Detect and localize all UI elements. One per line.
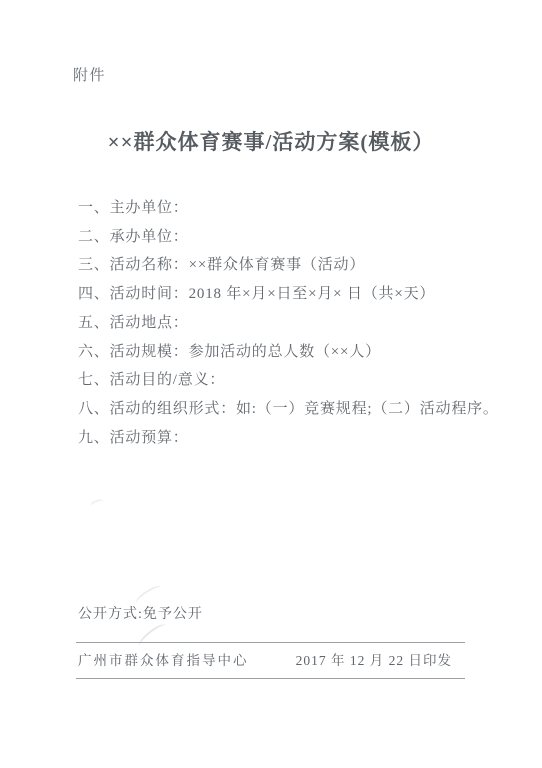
document-page: 附件 ××群众体育赛事/活动方案(模板） 一、主办单位： 二、承办单位： 三、活… xyxy=(0,0,542,768)
list-item-3: 三、活动名称：××群众体育赛事（活动） xyxy=(78,251,512,280)
list-item-9: 九、活动预算： xyxy=(78,424,512,453)
scan-artifact xyxy=(89,498,105,509)
footer-divider-top xyxy=(76,642,465,643)
disclosure-method-label: 公开方式:免予公开 xyxy=(78,605,203,625)
scan-artifact xyxy=(134,583,165,607)
list-item-5: 五、活动地点： xyxy=(78,309,512,338)
scan-artifact xyxy=(136,621,170,651)
list-item-2: 二、承办单位： xyxy=(78,223,512,252)
print-date-label: 2017 年 12 月 22 日印发 xyxy=(296,651,452,671)
list-item-1: 一、主办单位： xyxy=(78,194,512,223)
issuing-office-label: 广州市群众体育指导中心 xyxy=(78,651,249,671)
footer-divider-bottom xyxy=(76,678,465,679)
list-item-6: 六、活动规模：参加活动的总人数（××人） xyxy=(78,338,512,367)
numbered-item-list: 一、主办单位： 二、承办单位： 三、活动名称：××群众体育赛事（活动） 四、活动… xyxy=(78,194,512,452)
attachment-label: 附件 xyxy=(73,64,106,85)
list-item-4: 四、活动时间：2018 年×月×日至×月× 日（共×天） xyxy=(78,280,512,309)
document-title: ××群众体育赛事/活动方案(模板） xyxy=(0,126,542,156)
list-item-7: 七、活动目的/意义： xyxy=(78,366,512,395)
list-item-8: 八、活动的组织形式：如:（一）竞赛规程;（二）活动程序。 xyxy=(78,395,512,424)
footer-row: 广州市群众体育指导中心 2017 年 12 月 22 日印发 xyxy=(78,651,452,671)
